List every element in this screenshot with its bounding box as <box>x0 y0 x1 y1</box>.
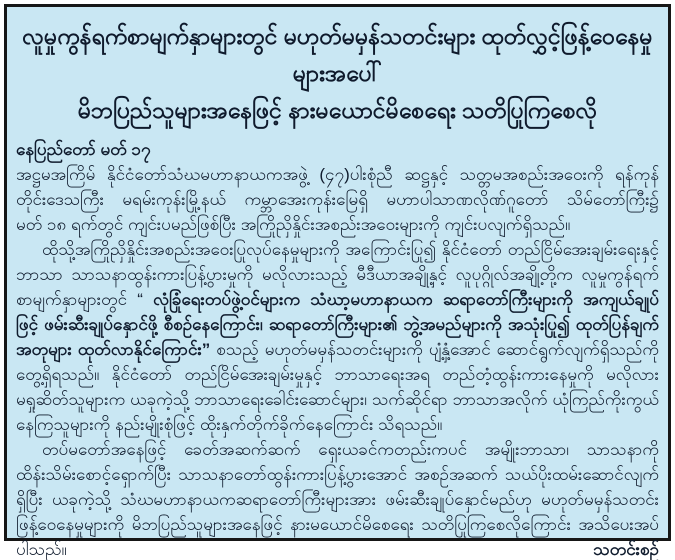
body-line: စာမျက်နှာများတွင် “ လုံခြုံရေးတပ်ဖွဲ့ဝင်… <box>16 287 659 312</box>
body-line: ပါသည်။ သတင်းစဉ် <box>16 537 659 560</box>
body-line: ထိန်းသိမ်းစောင့်ရှောက်ပြီး သာသနာတော်ထွန်… <box>16 462 659 487</box>
article-page: လူမှုကွန်ရက်စာမျက်နှာများတွင် မဟုတ်မမှန်… <box>0 0 675 560</box>
body-line: ဖြန့်ဝေနေမှုများကို မိဘပြည်သူများအနေဖြင့… <box>16 512 659 537</box>
paragraph-3: တပ်မတော်အနေဖြင့် ခေတ်အဆက်ဆက် ရှေးယခင်ကတည… <box>16 437 659 560</box>
body-line: ထိုသို့အကြိုညှိနှိုင်းအစည်းအဝေးပြုလုပ်နေ… <box>16 237 659 262</box>
quoted-claim-text: လုံခြုံရေးတပ်ဖွဲ့ဝင်များက သံဃာ့မဟာနာယက ဆ… <box>153 290 659 309</box>
news-agency-credit: သတင်းစဉ် <box>593 537 659 560</box>
body-line: မရှုဆိတ်သူများက ယခုကဲ့သို့ ဘာသာရေးခေါင်း… <box>16 387 659 412</box>
quoted-claim-text: ဖြင့် ဖမ်းဆီးချုပ်နှောင်ဖို့ စီစဉ်နေကြော… <box>16 312 659 337</box>
body-line: တိုင်းဒေသကြီး မရမ်းကုန်းမြို့နယ် ကမ္ဘာအေ… <box>16 187 659 212</box>
body-line: အဋ္ဌမအကြိမ် နိုင်ငံတော်သံဃမဟာနာယကအဖွဲ့ (… <box>16 162 659 187</box>
body-line-segment: စသည့် မဟုတ်မမှန်သတင်းများကို ပျံ့နှံ့အော… <box>216 340 659 359</box>
headline: လူမှုကွန်ရက်စာမျက်နှာများတွင် မဟုတ်မမှန်… <box>16 18 659 129</box>
paragraph-1: အဋ္ဌမအကြိမ် နိုင်ငံတော်သံဃမဟာနာယကအဖွဲ့ (… <box>16 162 659 237</box>
body-line: မတ် ၁၈ ရက်တွင် ကျင်းပမည်ဖြစ်ပြီး အကြိုညှ… <box>16 212 659 237</box>
paragraph-2: ထိုသို့အကြိုညှိနှိုင်းအစည်းအဝေးပြုလုပ်နေ… <box>16 237 659 437</box>
body-line: တပ်မတော်အနေဖြင့် ခေတ်အဆက်ဆက် ရှေးယခင်ကတည… <box>16 437 659 462</box>
article-body: နေပြည်တော် မတ် ၁၇ အဋ္ဌမအကြိမ် နိုင်ငံတော… <box>16 137 659 560</box>
body-line: နေကြသူများကို နည်းမျိုးစုံဖြင့် ထိုးနှက်… <box>16 412 659 437</box>
headline-line-2: မိဘပြည်သူများအနေဖြင့် နားမယောင်မိစေရေး သ… <box>16 92 659 129</box>
closing-text: ပါသည်။ <box>16 537 67 560</box>
body-line-segment: စာမျက်နှာများတွင် “ <box>16 290 153 309</box>
headline-line-1: လူမှုကွန်ရက်စာမျက်နှာများတွင် မဟုတ်မမှန်… <box>16 18 659 92</box>
body-line: တွေ့ရှိရသည်။ နိုင်ငံတော် တည်ငြိမ်အေးချမ်… <box>16 362 659 387</box>
dateline: နေပြည်တော် မတ် ၁၇ <box>16 137 659 162</box>
quoted-claim-text: အတုများ ထုတ်လာနိုင်ကြောင်း” <box>16 340 216 359</box>
body-line: ရှိပြီး ယခုကဲ့သို့ သံဃမဟာနာယကဆရာတော်ကြီး… <box>16 487 659 512</box>
article-panel: လူမှုကွန်ရက်စာမျက်နှာများတွင် မဟုတ်မမှန်… <box>4 4 671 541</box>
body-line: ဘာသာ သာသနာထွန်းကားပြန့်ပွားမှုကို မလိုလာ… <box>16 262 659 287</box>
body-line: အတုများ ထုတ်လာနိုင်ကြောင်း” စသည့် မဟုတ်မ… <box>16 337 659 362</box>
